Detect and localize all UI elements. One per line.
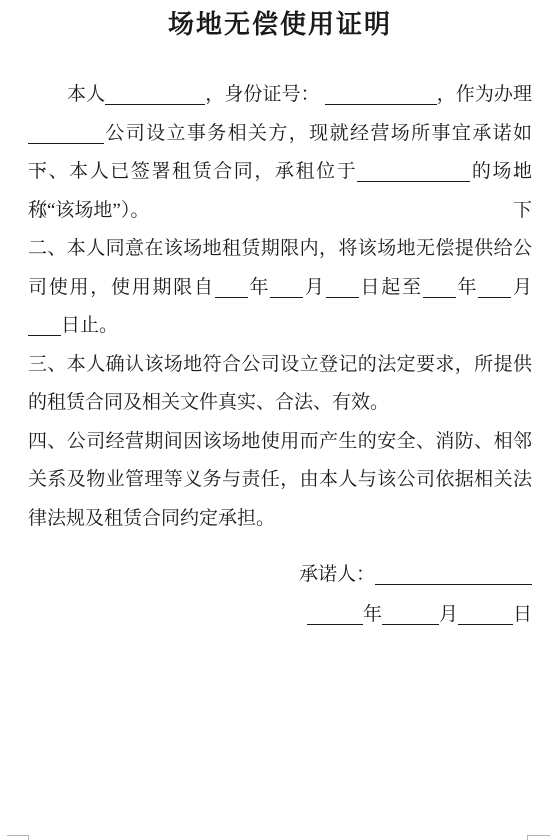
text-segment: 月 [303, 277, 326, 298]
text-segment: 一、本人已签署租赁合同，承租位于 [28, 161, 357, 182]
blank-fill-field[interactable] [28, 123, 104, 144]
document-line: 的租赁合同及相关文件真实、合法、有效。 [28, 384, 532, 423]
blank-fill-field[interactable] [458, 604, 513, 625]
blank-fill-field[interactable] [382, 604, 439, 625]
text-segment: 年 [248, 277, 271, 298]
page-margin-mark-left [7, 835, 29, 840]
text-segment: 年 [456, 277, 479, 298]
text-segment: 月 [439, 604, 458, 625]
blank-fill-field[interactable] [357, 161, 470, 182]
document-line: 二、本人同意在该场地租赁期限内，将该场地无偿提供给公 [28, 230, 532, 269]
blank-fill-field[interactable] [105, 84, 205, 105]
text-segment: 称“该场地”）。 [28, 200, 149, 221]
text-segment: 日 [513, 604, 532, 625]
document-line: 日止。 [28, 307, 532, 346]
text-segment: 日止。 [61, 315, 118, 336]
blank-fill-field[interactable] [28, 315, 61, 336]
text-segment: 四、公司经营期间因该场地使用而产生的安全、消防、相邻 [28, 431, 532, 452]
text-segment: 的租赁合同及相关文件真实、合法、有效。 [28, 392, 389, 413]
document-line: 一、本人已签署租赁合同，承租位于的场地（下 [28, 153, 532, 192]
text-segment: 司使用，使用期限自 [28, 277, 215, 298]
blank-fill-field[interactable] [478, 277, 511, 298]
text-segment: 律法规及租赁合同约定承担。 [28, 508, 275, 529]
blank-fill-field[interactable] [270, 277, 303, 298]
text-segment: 二、本人同意在该场地租赁期限内，将该场地无偿提供给公 [28, 238, 532, 259]
text-segment: 承诺人： [299, 564, 375, 585]
document-line: 三、本人确认该场地符合公司设立登记的法定要求，所提供 [28, 346, 532, 385]
text-segment: 关系及物业管理等义务与责任，由本人与该公司依据相关法 [28, 469, 532, 490]
blank-fill-field[interactable] [307, 604, 363, 625]
text-segment: ，身份证号： [205, 84, 324, 105]
document-line: 司使用，使用期限自年月日起至年月 [28, 269, 532, 308]
text-segment: 年 [363, 604, 382, 625]
blank-fill-field[interactable] [326, 277, 359, 298]
document-line: 公司设立事务相关方，现就经营场所事宜承诺如下： [28, 115, 532, 154]
blank-fill-field[interactable] [423, 277, 456, 298]
blank-fill-field[interactable] [215, 277, 248, 298]
document-title: 场地无偿使用证明 [28, 6, 532, 44]
blank-fill-field[interactable] [375, 564, 532, 585]
page-margin-mark-right [527, 835, 550, 840]
document-body: 本人，身份证号： ，作为办理公司设立事务相关方，现就经营场所事宜承诺如下：一、本… [28, 76, 532, 538]
text-segment: 日起至 [359, 277, 423, 298]
document-line: 四、公司经营期间因该场地使用而产生的安全、消防、相邻 [28, 423, 532, 462]
signature-line: 承诺人： [28, 555, 532, 595]
signature-line: 年月日 [28, 595, 532, 635]
document-line: 关系及物业管理等义务与责任，由本人与该公司依据相关法 [28, 461, 532, 500]
document-page: 场地无偿使用证明 本人，身份证号： ，作为办理公司设立事务相关方，现就经营场所事… [0, 0, 559, 840]
text-segment: ，作为办理 [437, 84, 532, 105]
signature-block: 承诺人：年月日 [28, 555, 532, 635]
document-line: 本人，身份证号： ，作为办理 [28, 76, 532, 115]
text-segment: 本人 [67, 84, 105, 105]
blank-fill-field[interactable] [325, 84, 437, 105]
text-segment: 三、本人确认该场地符合公司设立登记的法定要求，所提供 [28, 354, 532, 375]
document-line: 律法规及租赁合同约定承担。 [28, 500, 532, 539]
text-segment: 月 [511, 277, 532, 298]
